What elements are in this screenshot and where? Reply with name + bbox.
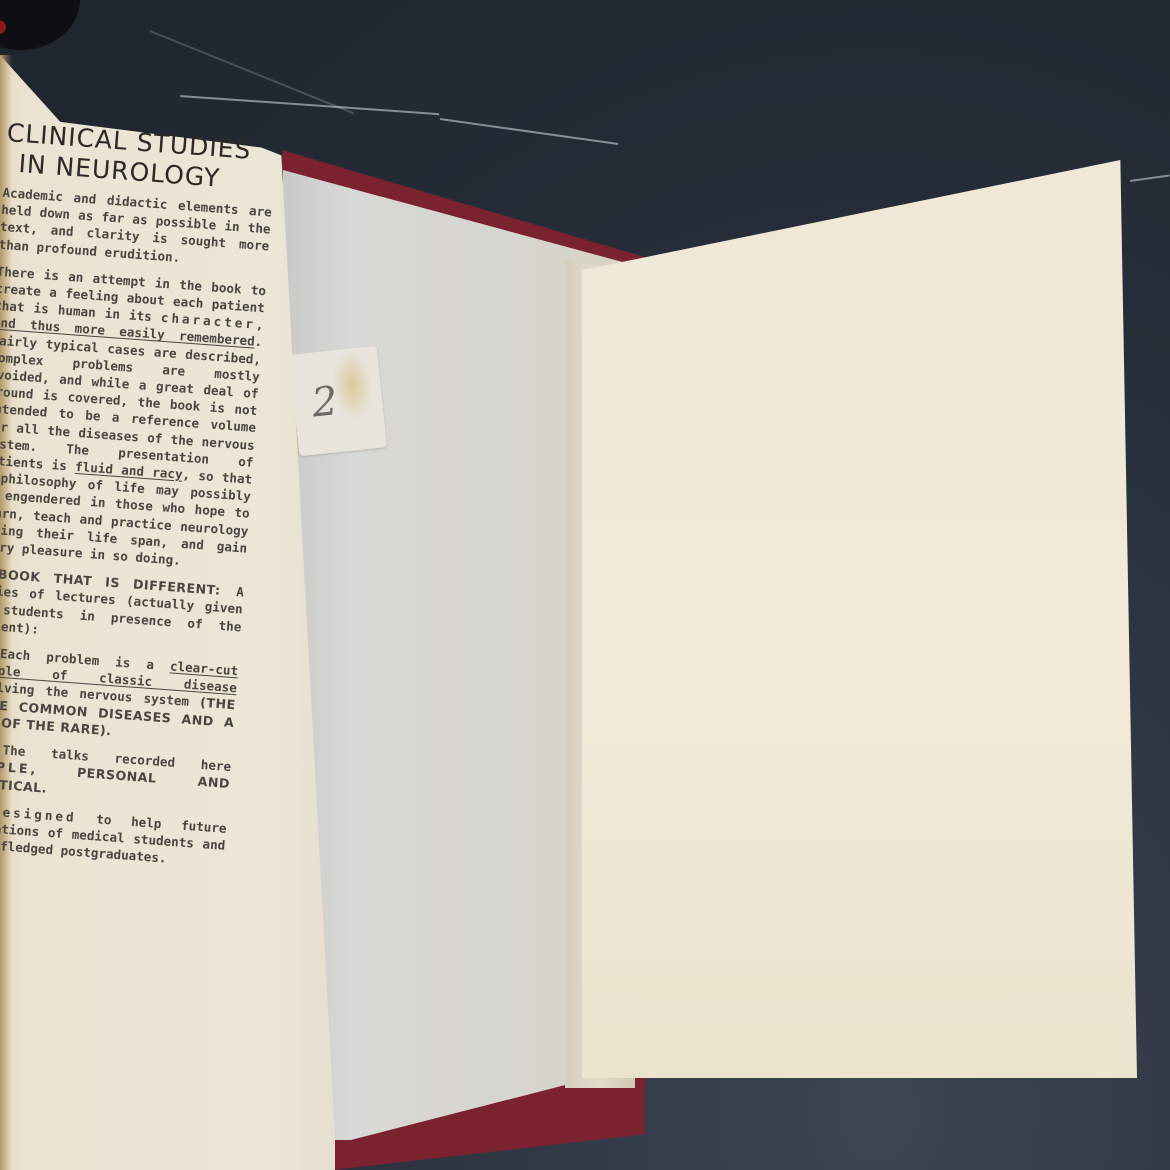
- text: SIMPLE: [0, 757, 31, 777]
- text: ,: [255, 317, 264, 333]
- text: , so that a philosophy of life may possi…: [0, 467, 253, 568]
- price-sticker: 2: [289, 346, 387, 457]
- blurb-paragraph-1: Academic and didactic elements are held …: [0, 184, 272, 272]
- blurb-item-3: 3. Designed to help future generations o…: [0, 800, 227, 871]
- blurb-item-2: 2. The talks recorded here SIMPLE, PERSO…: [0, 738, 232, 809]
- text: . Fairly typical cases are described, co…: [0, 332, 263, 474]
- blurb-item-1: 1. Each problem is a clear-cut example o…: [0, 643, 239, 749]
- blurb-paragraph-2: There is an attempt in the book to creat…: [0, 262, 267, 573]
- blank-right-page[interactable]: [582, 160, 1137, 1078]
- blurb-paragraph-3: A BOOK THAT IS DIFFERENT: A series of le…: [0, 564, 245, 652]
- sticker-handwritten-mark: 2: [310, 378, 340, 426]
